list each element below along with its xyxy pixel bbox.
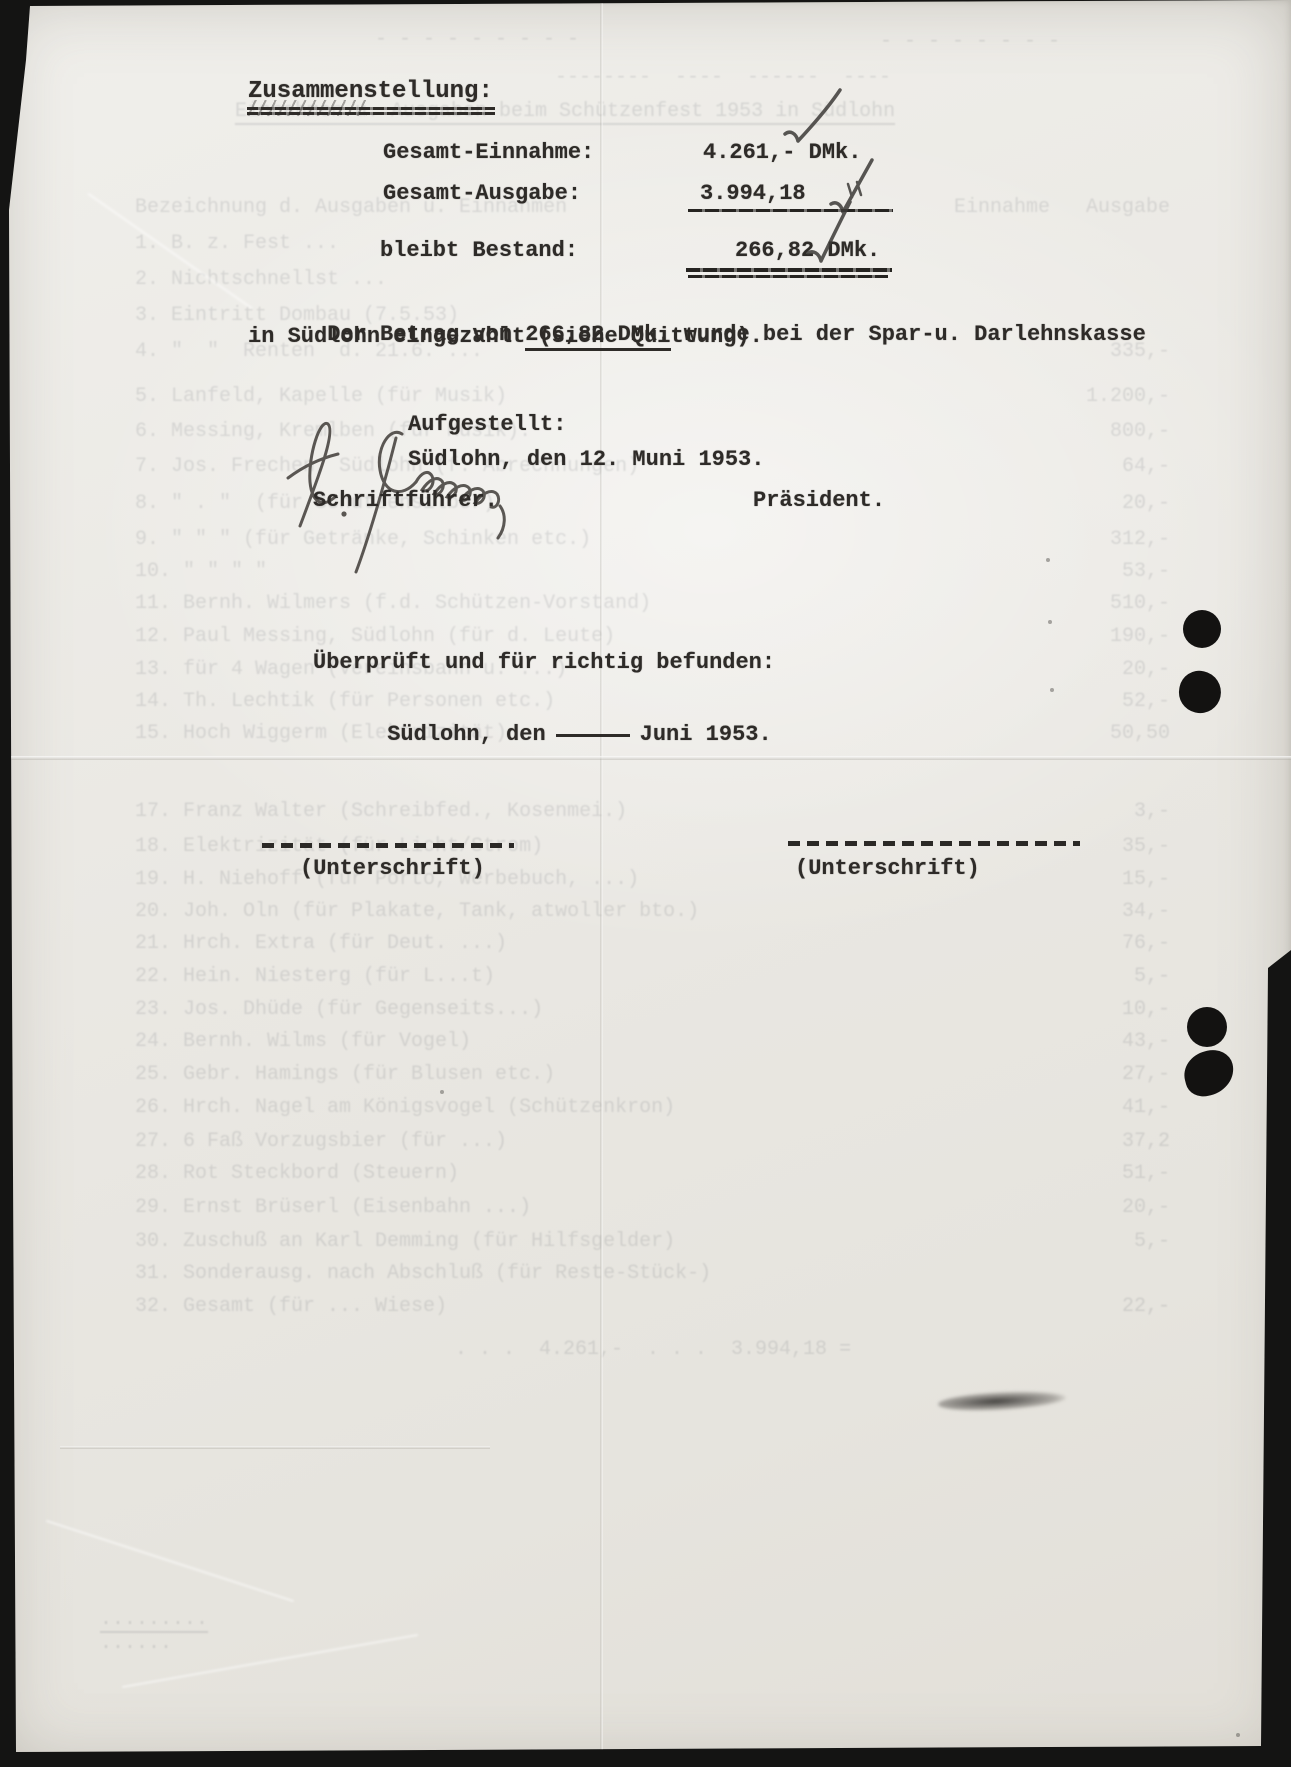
bleedthrough-row: 30. Zuschuß an Karl Demming (für Hilfsge…	[135, 1230, 1170, 1253]
bleedthrough-fragment: .........	[100, 1608, 208, 1633]
bleedthrough-row: 31. Sonderausg. nach Abschluß (für Reste…	[135, 1262, 1170, 1285]
summary-label-bestand: bleibt Bestand:	[380, 238, 578, 264]
ink-dot	[1187, 1007, 1227, 1047]
ausgabe-underline	[688, 209, 893, 212]
bleedthrough-row: 23. Jos. Dhüde (für Gegenseits...)10,-	[135, 998, 1170, 1021]
bleedthrough-row: 32. Gesamt (für ... Wiese)22,-	[135, 1295, 1170, 1318]
paper-speck	[1048, 620, 1052, 624]
bleedthrough-row: 21. Hrch. Extra (für Deut. ...)76,-	[135, 932, 1170, 955]
bestand-double-underline-2	[688, 275, 888, 278]
fold-crease-vertical	[600, 0, 603, 1767]
check-marks	[0, 0, 1291, 1767]
summary-value-ausgabe: 3.994,18	[700, 181, 806, 207]
bleedthrough-fragment: . . . 4.261,- . . . 3.994,18 =	[455, 1338, 851, 1361]
summary-value-bestand: 266,82 DMk.	[735, 238, 880, 264]
verification-date-post: Juni 1953.	[640, 722, 772, 747]
bleedthrough-row: 24. Bernh. Wilms (für Vogel)43,-	[135, 1030, 1170, 1053]
bleedthrough-row: 6. Messing, Kremlben (für Musik).800,-	[135, 420, 1170, 443]
bleedthrough-fragment: -------- ---- ------ ----	[555, 66, 891, 89]
paper-speck	[1236, 1733, 1240, 1737]
bleedthrough-row: 20. Joh. Oln (für Plakate, Tank, atwolle…	[135, 900, 1170, 923]
blank-date-field	[556, 734, 630, 737]
scanned-document: Bezeichnung d. Ausgaben u. EinnahmenEinn…	[0, 0, 1291, 1767]
bleedthrough-row: 9. " " " (für Getränke, Schinken etc.)31…	[135, 528, 1170, 551]
heading-strike-marks	[247, 100, 367, 116]
wrinkle-line	[122, 1634, 418, 1688]
bleedthrough-layer: Bezeichnung d. Ausgaben u. EinnahmenEinn…	[0, 0, 1291, 1767]
paper-speck	[440, 1090, 444, 1094]
bleedthrough-row: 19. H. Niehoff (für Porto, Werbebuch, ..…	[135, 868, 1170, 891]
drawn-up-label: Aufgestellt:	[408, 412, 566, 438]
bleedthrough-row: 25. Gebr. Hamings (für Blusen etc.)27,-	[135, 1063, 1170, 1086]
bleedthrough-fragment: - - - - - - - - -	[375, 28, 579, 51]
document-page: Bezeichnung d. Ausgaben u. EinnahmenEinn…	[0, 0, 1291, 1767]
check-mark-einnahme	[785, 90, 840, 141]
bleedthrough-row: 5. Lanfeld, Kapelle (für Musik)1.200,-	[135, 385, 1170, 408]
crease-line	[60, 1446, 490, 1449]
summary-label-einnahme: Gesamt-Einnahme:	[383, 140, 594, 166]
paper-speck	[1050, 688, 1054, 692]
role-right: Präsident.	[753, 488, 885, 514]
bleedthrough-row: 28. Rot Steckbord (Steuern)51,-	[135, 1162, 1170, 1185]
bestand-double-underline-1	[686, 268, 892, 272]
check-mark-ausgabe	[831, 160, 872, 212]
unterschrift-label-right: (Unterschrift)	[795, 856, 980, 882]
verification-line: Überprüft und für richtig befunden:	[313, 650, 775, 676]
bleedthrough-fragment: - - - - - - - -	[880, 30, 1060, 53]
wrinkle-line	[46, 1520, 294, 1602]
ink-dot	[1183, 610, 1221, 648]
bleedthrough-row: 11. Bernh. Wilmers (f.d. Schützen-Vorsta…	[135, 592, 1170, 615]
summary-value-einnahme: 4.261,- DMk.	[703, 140, 861, 166]
ink-dot	[1175, 667, 1225, 717]
drawn-up-place-date: Südlohn, den 12. Muni 1953.	[408, 447, 764, 473]
verification-date-line: Südlohn, denJuni 1953.	[308, 696, 772, 774]
signature-line-left	[262, 843, 514, 848]
bleedthrough-row: 2. Nichtschnellst ...	[135, 268, 1170, 291]
signature-line-right	[788, 841, 1080, 846]
bleedthrough-row: 8. " . " (für Schützensilber)20,-	[135, 492, 1170, 515]
wrinkle-line	[88, 193, 253, 309]
bleedthrough-row: 26. Hrch. Nagel am Königsvogel (Schützen…	[135, 1096, 1170, 1119]
summary-label-ausgabe: Gesamt-Ausgabe:	[383, 181, 581, 207]
verification-date-pre: Südlohn, den	[387, 722, 545, 747]
bleedthrough-fragment: ......	[100, 1632, 172, 1655]
bleedthrough-row: 10. " " " "53,-	[135, 560, 1170, 583]
bleedthrough-row: 1. B. z. Fest ...	[135, 232, 1170, 255]
bleedthrough-row: Bezeichnung d. Ausgaben u. EinnahmenEinn…	[135, 196, 1170, 219]
body-paragraph-line2: in Südlohn eingezahlt (siehe Quittung).	[248, 324, 763, 350]
role-left: Schriftführer.	[313, 488, 498, 514]
bleedthrough-row: 12. Paul Messing, Südlohn (für d. Leute)…	[135, 625, 1170, 648]
ink-smudge	[938, 1389, 1067, 1414]
unterschrift-label-left: (Unterschrift)	[300, 856, 485, 882]
bleedthrough-row: 29. Ernst Brüserl (Eisenbahn ...)20,-	[135, 1196, 1170, 1219]
ink-dot	[1179, 1046, 1238, 1101]
bleedthrough-row: 27. 6 Faß Vorzugsbier (für ...)37,2	[135, 1130, 1170, 1153]
bleedthrough-row: 22. Hein. Niesterg (für L...t)5,-	[135, 965, 1170, 988]
ditto-mark	[848, 182, 861, 197]
paper-speck	[1046, 558, 1050, 562]
bleedthrough-row: 17. Franz Walter (Schreibfed., Kosenmei.…	[135, 800, 1170, 823]
